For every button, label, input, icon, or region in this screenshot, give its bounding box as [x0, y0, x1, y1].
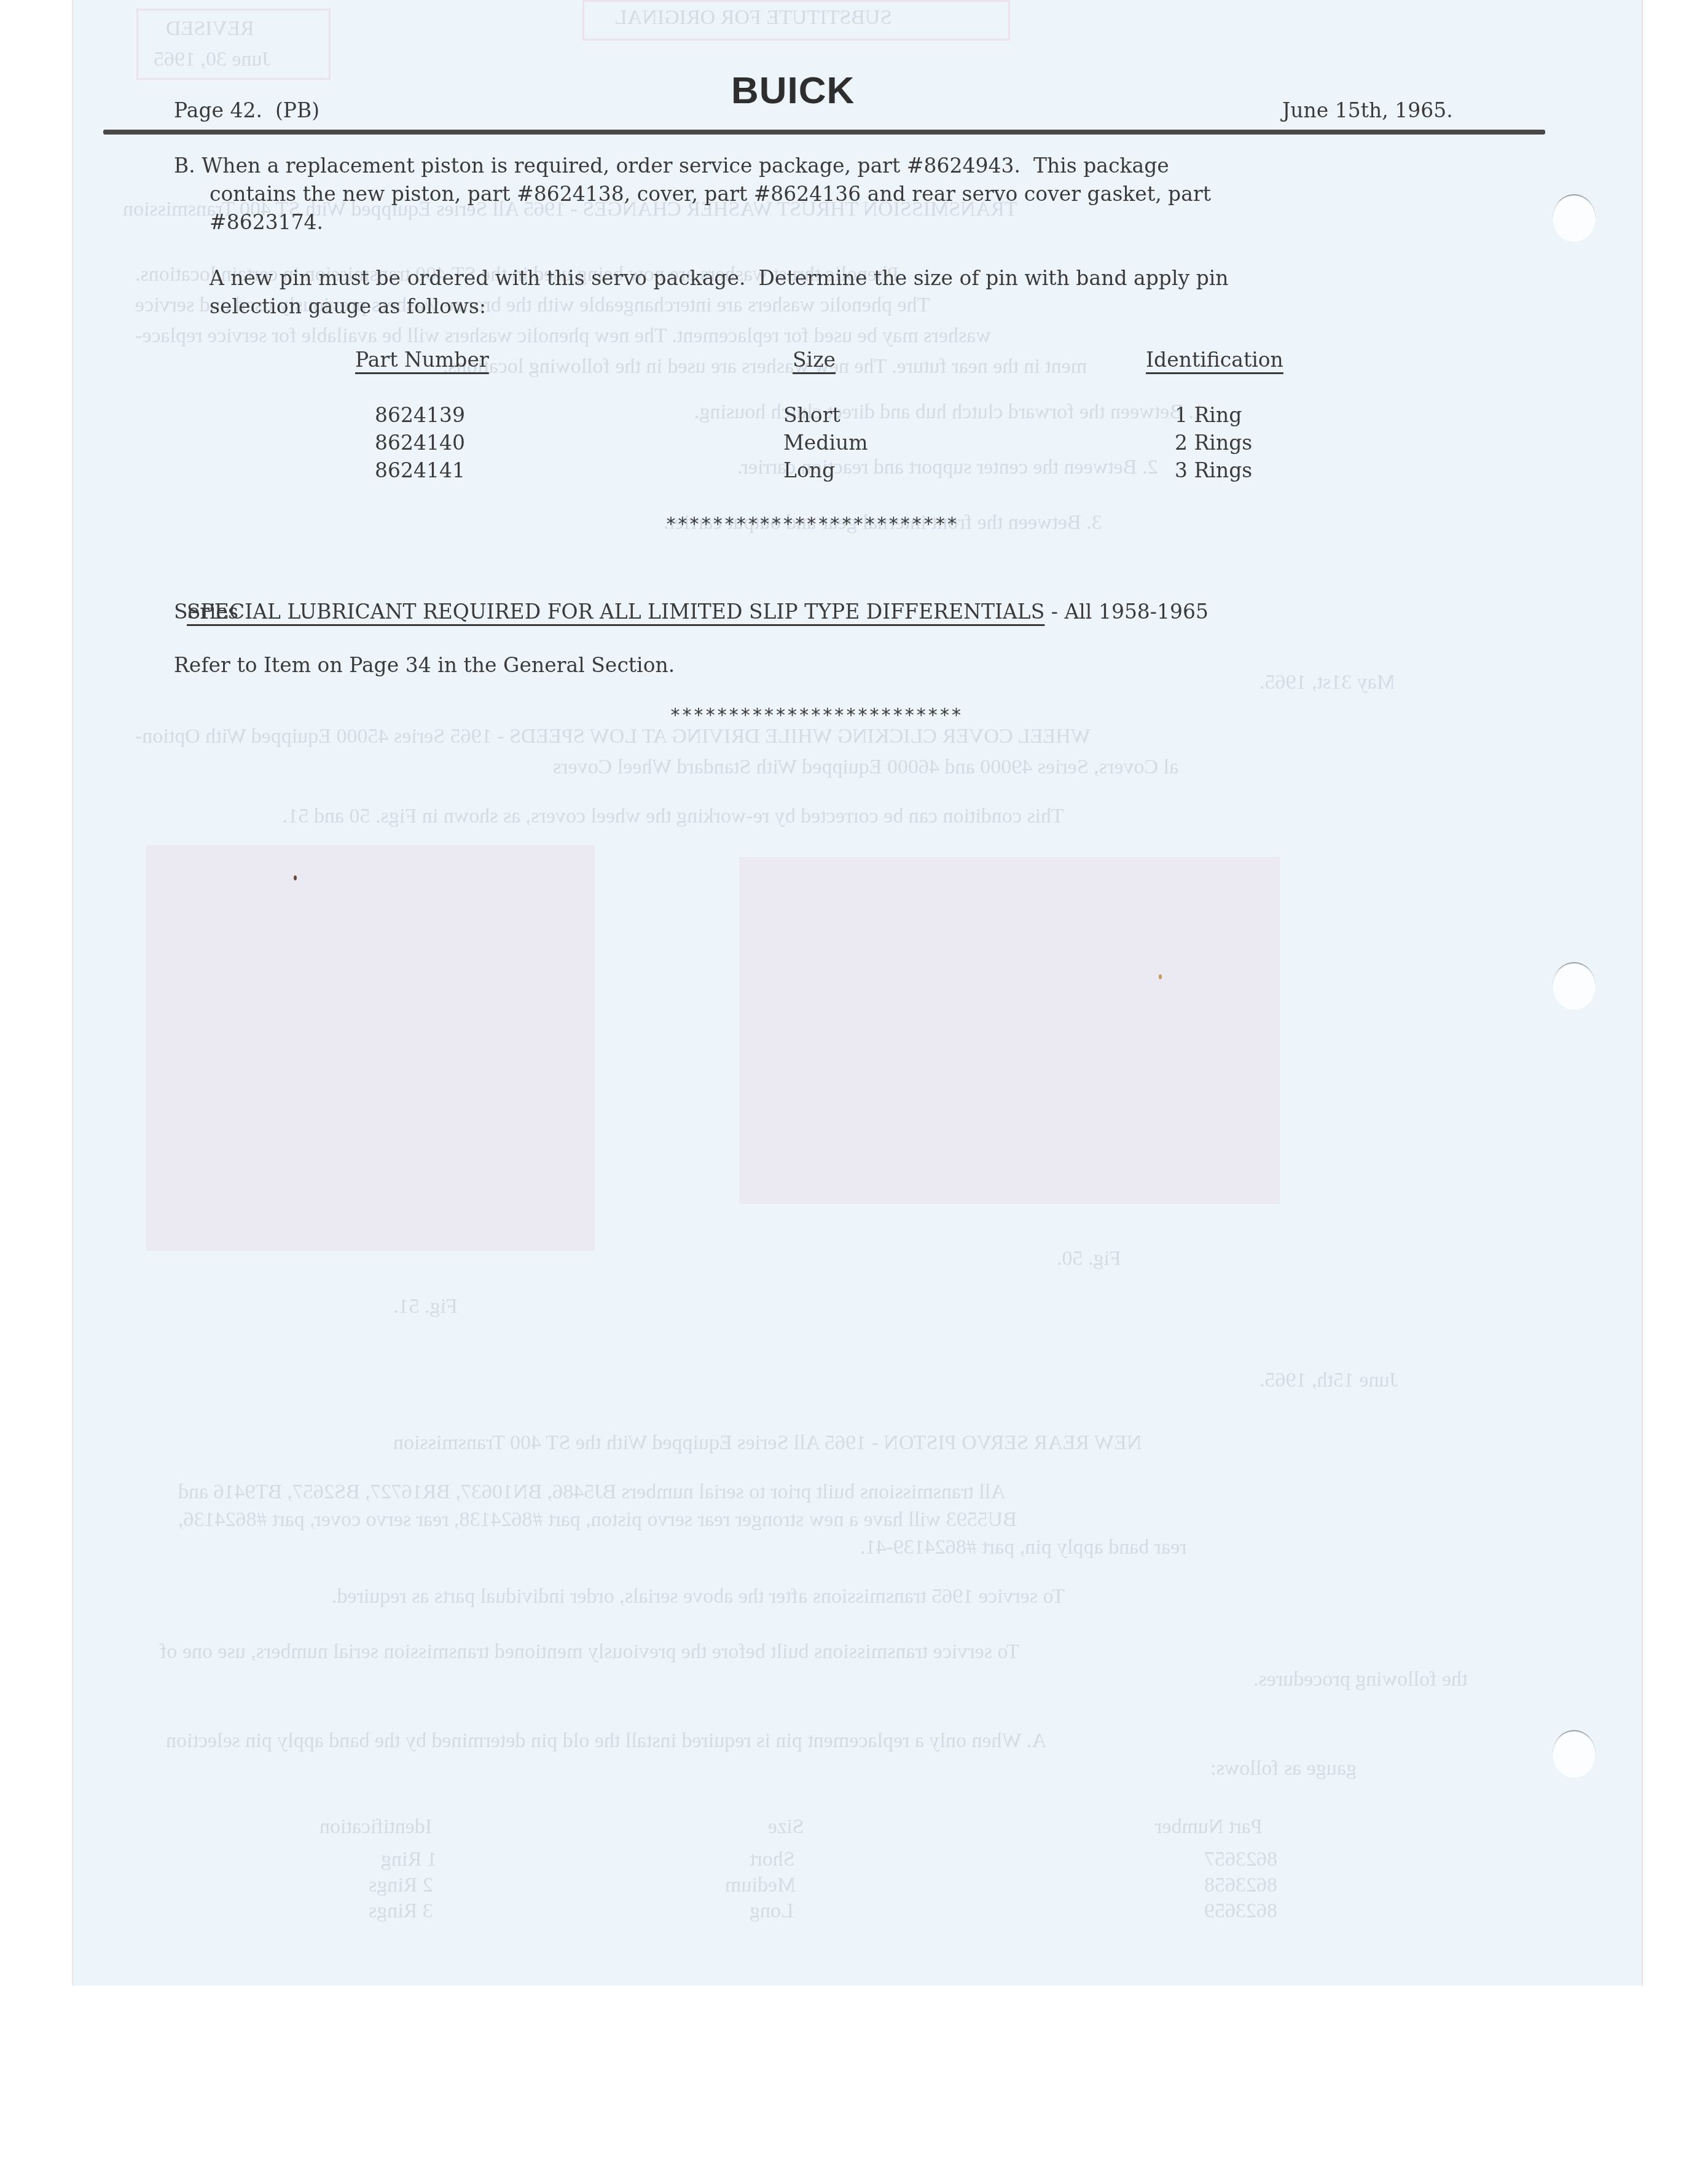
lubricant-section-title: SPECIAL LUBRICANT REQUIRED FOR ALL LIMIT… [174, 570, 1209, 625]
lubricant-title-line-2: Series [174, 598, 238, 625]
ghost-figure-51 [146, 845, 595, 1251]
ghost-line: Long [750, 1900, 794, 1923]
ghost-line: May 31st, 1965. [1259, 671, 1395, 694]
ghost-line: al Covers, Series 49000 and 46000 Equipp… [553, 756, 1178, 779]
ghost-line: To service transmissions built before th… [160, 1640, 1019, 1664]
table-row-3-part-number: 8624141 [375, 456, 465, 484]
ghost-stamp-date: June 30, 1965 [154, 48, 270, 71]
section-b-line-2: contains the new piston, part #8624138, … [210, 180, 1211, 208]
ghost-line: washers may be used for replacement. The… [135, 324, 991, 348]
ghost-line: 8623659 [1204, 1900, 1277, 1923]
paper-speck [294, 875, 297, 880]
lubricant-body: Refer to Item on Page 34 in the General … [174, 651, 675, 679]
ghost-line: June 15th, 1965. [1259, 1369, 1398, 1392]
column-header-size: Size [793, 348, 836, 372]
column-header-part-number: Part Number [355, 348, 489, 372]
ghost-line: the following procedures. [1253, 1668, 1467, 1691]
table-row-2-part-number: 8624140 [375, 429, 465, 456]
table-row-3-size: Long [783, 456, 835, 484]
ghost-line: WHEEL COVER CLICKING WHILE DRIVING AT LO… [135, 725, 1091, 748]
ghost-line: gauge as follows: [1210, 1757, 1357, 1780]
ghost-line: This condition can be corrected by re-wo… [283, 805, 1064, 828]
ghost-line: NEW REAR SERVO PISTON - 1965 All Series … [393, 1431, 1142, 1455]
ghost-line: Identification [319, 1815, 432, 1839]
ghost-line: rear band apply pin, part #8624139-41. [860, 1536, 1187, 1559]
ghost-line: Short [750, 1848, 795, 1871]
ghost-line: BU5593 will have a new stronger rear ser… [178, 1508, 1017, 1532]
header-rule [103, 130, 1545, 135]
ghost-line: ment in the near future. The new washers… [442, 355, 1087, 378]
ghost-line: 2 Rings [369, 1874, 433, 1897]
lubricant-title-series-range: - All 1958-1965 [1044, 600, 1209, 624]
ghost-line: Size [768, 1815, 804, 1839]
table-row-1-part-number: 8624139 [375, 401, 465, 429]
ghost-figure-50 [739, 857, 1280, 1204]
column-header-identification: Identification [1146, 348, 1283, 372]
binder-hole-bottom [1553, 1730, 1596, 1778]
table-row-3-identification: 3 Rings [1175, 456, 1252, 484]
binder-hole-top [1553, 194, 1596, 242]
binder-hole-middle [1553, 962, 1596, 1010]
ghost-line: 1 Ring [381, 1848, 437, 1871]
ghost-line: Medium [725, 1874, 796, 1897]
header-date: June 15th, 1965. [1282, 98, 1453, 122]
section-b-line-1: B. When a replacement piston is required… [174, 152, 1169, 179]
ghost-line: 3 Rings [369, 1900, 433, 1923]
ghost-line: Part Number [1155, 1815, 1263, 1839]
brand-title: BUICK [731, 69, 855, 112]
table-row-1-identification: 1 Ring [1175, 401, 1242, 429]
section-separator: ************************* [665, 514, 958, 535]
table-row-1-size: Short [783, 401, 840, 429]
ghost-line: All transmissions built prior to serial … [178, 1481, 1006, 1504]
ghost-line: Fig. 51. [393, 1295, 458, 1318]
ghost-line: Fig. 50. [1057, 1247, 1121, 1270]
ghost-line: 8623657 [1204, 1848, 1277, 1871]
ghost-stamp-revised: REVISED [166, 17, 254, 41]
section-separator: ************************* [670, 705, 963, 726]
paper-speck [1159, 974, 1162, 979]
lubricant-title-underlined: SPECIAL LUBRICANT REQUIRED FOR ALL LIMIT… [187, 600, 1044, 624]
table-row-2-identification: 2 Rings [1175, 429, 1252, 456]
table-row-2-size: Medium [783, 429, 868, 456]
page-number-label: Page 42. (PB) [174, 98, 319, 122]
ghost-line: To service 1965 transmissions after the … [332, 1585, 1065, 1608]
ghost-line: A. When only a replacement pin is requir… [166, 1729, 1047, 1753]
ghost-line: 8623658 [1204, 1874, 1277, 1897]
ghost-line: 1. Between the forward clutch hub and di… [694, 401, 1204, 424]
pin-note-line-2: selection gauge as follows: [210, 292, 486, 320]
pin-note-line-1: A new pin must be ordered with this serv… [210, 264, 1229, 292]
section-b-line-3: #8623174. [210, 208, 323, 236]
ghost-stamp-substitute: SUBSTITUTE FOR ORIGINAL [614, 6, 891, 29]
